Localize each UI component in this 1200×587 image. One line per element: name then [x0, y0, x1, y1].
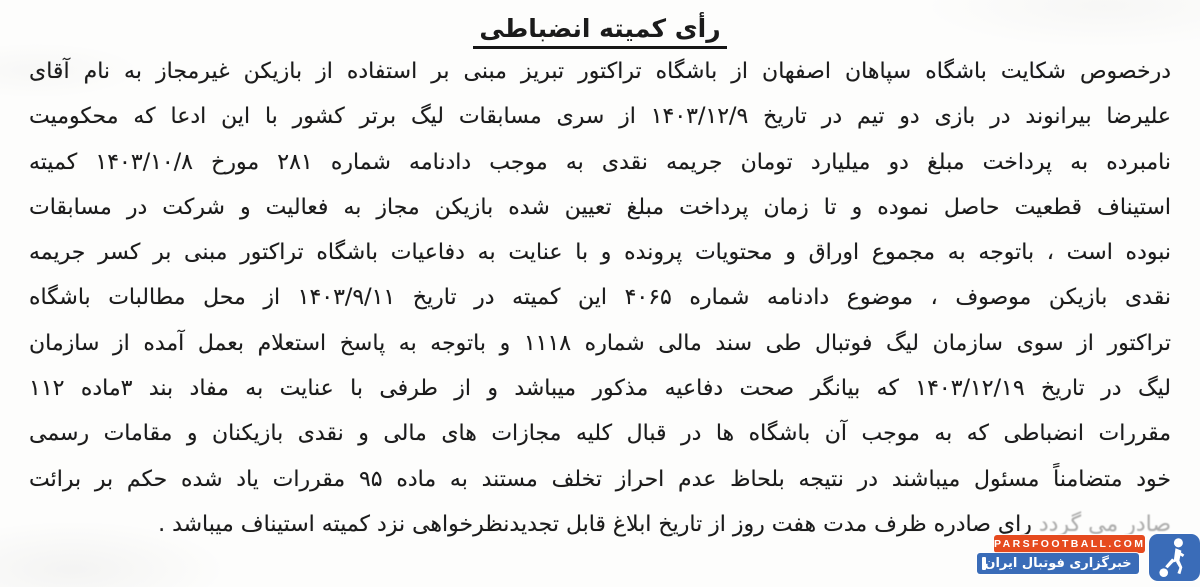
text-line: تراکتور از سوی سازمان لیگ فوتبال طی سند …: [29, 321, 1171, 366]
page-title: رأی کمیته انضباطی: [0, 0, 1200, 49]
text-line: مقررات انضباطی که به موجب آن باشگاه ها د…: [29, 411, 1171, 456]
last-line-rest: رای صادره ظرف مدت هفت روز از تاریخ ابلاغ…: [158, 512, 1039, 537]
document-body: درخصوص شکایت باشگاه سپاهان اصفهان از باش…: [29, 49, 1171, 547]
text-line: درخصوص شکایت باشگاه سپاهان اصفهان از باش…: [29, 49, 1171, 94]
site-url-badge: PARSFOOTBALL.COM: [994, 535, 1145, 553]
text-line: خود متضامناً مسئول میباشند در نتیجه بلحا…: [29, 457, 1171, 502]
text-line: لیگ در تاریخ ۱۴۰۳/۱۲/۱۹ که بیانگر صحت دف…: [29, 366, 1171, 411]
text-line: علیرضا بیرانوند در بازی دو تیم در تاریخ …: [29, 94, 1171, 139]
text-line: نقدی بازیکن موصوف ، موضوع دادنامه شماره …: [29, 275, 1171, 320]
news-agency-badge: خبرگزاری فوتبال ایران: [977, 553, 1139, 574]
document-page: رأی کمیته انضباطی درخصوص شکایت باشگاه سپ…: [0, 0, 1200, 587]
watermark: PARSFOOTBALL.COM خبرگزاری فوتبال ایران: [975, 532, 1200, 584]
text-line: نامبرده به پرداخت مبلغ دو میلیارد تومان …: [29, 140, 1171, 185]
notch-decoration: [982, 557, 986, 570]
text-line: استیناف قطعیت حاصل نموده و تا زمان پرداخ…: [29, 185, 1171, 230]
text-line: نبوده است ، باتوجه به مجموع اوراق و محتو…: [29, 230, 1171, 275]
footballer-icon: [1149, 534, 1200, 581]
page-title-text: رأی کمیته انضباطی: [473, 14, 726, 49]
news-agency-label: خبرگزاری فوتبال ایران: [984, 556, 1131, 571]
